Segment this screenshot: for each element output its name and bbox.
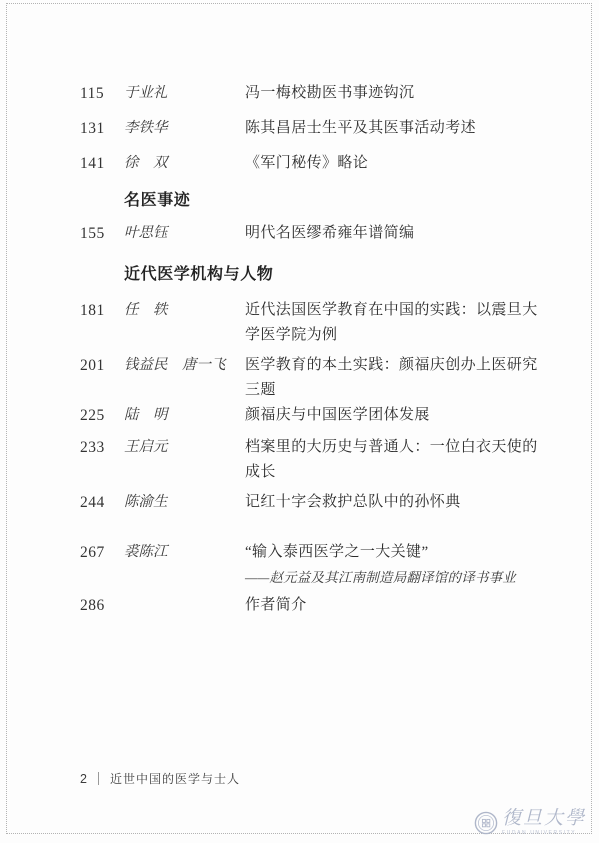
page-footer: 2 近世中国的医学与士人	[80, 770, 240, 787]
section-header: 近代医学机构与人物	[124, 265, 273, 284]
toc-entry: 115 于业礼 冯一梅校勘医书事迹钩沉	[80, 81, 542, 106]
toc-title-line: 《军门秘传》略论	[245, 151, 542, 176]
toc-title: 记红十字会救护总队中的孙怀典	[245, 490, 542, 515]
footer-page-number: 2	[80, 772, 87, 786]
toc-title-line: 近代法国医学教育在中国的实践：以震旦大	[245, 298, 542, 323]
toc-title: “输入泰西医学之一大关键” ——赵元益及其江南制造局翻译馆的译书事业	[245, 540, 542, 590]
toc-title-line: 档案里的大历史与普通人：一位白衣天使的	[245, 435, 542, 460]
toc-page-number: 155	[80, 221, 124, 246]
section-header: 名医事迹	[124, 191, 190, 210]
toc-title: 陈其昌居士生平及其医事活动考述	[245, 116, 542, 141]
toc-title-subtitle-line: ——赵元益及其江南制造局翻译馆的译书事业	[245, 565, 542, 590]
toc-page-number: 141	[80, 151, 124, 176]
toc-entry: 201 钱益民 唐一飞 医学教育的本土实践：颜福庆创办上医研究 三题	[80, 353, 542, 403]
fudan-seal-icon	[474, 811, 498, 840]
toc-page-number: 244	[80, 490, 124, 515]
fudan-watermark: 復旦大學 FUDAN UNIVERSITY	[474, 808, 596, 843]
toc-author: 裘陈江	[124, 540, 245, 565]
toc-title-line: 颜福庆与中国医学团体发展	[245, 403, 542, 428]
footer-book-title: 近世中国的医学与士人	[110, 770, 240, 787]
toc-title: 档案里的大历史与普通人：一位白衣天使的 成长	[245, 435, 542, 485]
footer-divider	[98, 772, 99, 785]
toc-author: 陈渝生	[124, 490, 245, 515]
toc-page-number: 131	[80, 116, 124, 141]
toc-title: 医学教育的本土实践：颜福庆创办上医研究 三题	[245, 353, 542, 403]
toc-title-line: 三题	[245, 378, 542, 403]
toc-page-number: 286	[80, 593, 124, 618]
toc-entry: 267 裘陈江 “输入泰西医学之一大关键” ——赵元益及其江南制造局翻译馆的译书…	[80, 540, 542, 590]
toc-author: 李铁华	[124, 116, 245, 141]
toc-title-line: 明代名医缪希雍年谱简编	[245, 221, 542, 246]
toc-title-line: 作者简介	[245, 593, 542, 618]
toc-entry: 225 陆 明 颜福庆与中国医学团体发展	[80, 403, 542, 428]
toc-title: 作者简介	[245, 593, 542, 618]
toc-title: 《军门秘传》略论	[245, 151, 542, 176]
toc-page-number: 201	[80, 353, 124, 378]
toc-author: 王启元	[124, 435, 245, 460]
toc-entry: 131 李铁华 陈其昌居士生平及其医事活动考述	[80, 116, 542, 141]
toc-author: 任 轶	[124, 298, 245, 323]
toc-entry: 244 陈渝生 记红十字会救护总队中的孙怀典	[80, 490, 542, 515]
toc-entry: 155 叶思钰 明代名医缪希雍年谱简编	[80, 221, 542, 246]
toc-title-line: 记红十字会救护总队中的孙怀典	[245, 490, 542, 515]
toc-title-line: “输入泰西医学之一大关键”	[245, 540, 542, 565]
toc-title-line: 冯一梅校勘医书事迹钩沉	[245, 81, 542, 106]
toc-entry: 233 王启元 档案里的大历史与普通人：一位白衣天使的 成长	[80, 435, 542, 485]
toc-page-number: 267	[80, 540, 124, 565]
toc-title-line: 医学教育的本土实践：颜福庆创办上医研究	[245, 353, 542, 378]
toc-title-line: 陈其昌居士生平及其医事活动考述	[245, 116, 542, 141]
toc-title: 颜福庆与中国医学团体发展	[245, 403, 542, 428]
toc-title: 冯一梅校勘医书事迹钩沉	[245, 81, 542, 106]
toc-author: 陆 明	[124, 403, 245, 428]
toc-entry: 286 作者简介	[80, 593, 542, 618]
toc-title: 近代法国医学教育在中国的实践：以震旦大 学医学院为例	[245, 298, 542, 348]
toc-entry: 141 徐 双 《军门秘传》略论	[80, 151, 542, 176]
toc-title: 明代名医缪希雍年谱简编	[245, 221, 542, 246]
toc-page-number: 115	[80, 81, 124, 106]
fudan-wordmark: 復旦大學 FUDAN UNIVERSITY	[502, 808, 596, 836]
toc-page-number: 181	[80, 298, 124, 323]
toc-author: 于业礼	[124, 81, 245, 106]
toc-entry: 181 任 轶 近代法国医学教育在中国的实践：以震旦大 学医学院为例	[80, 298, 542, 348]
toc-page-number: 225	[80, 403, 124, 428]
toc-title-line: 成长	[245, 460, 542, 485]
toc-page-number: 233	[80, 435, 124, 460]
fudan-name-en: FUDAN UNIVERSITY	[502, 830, 596, 836]
table-of-contents: 115 于业礼 冯一梅校勘医书事迹钩沉 131 李铁华 陈其昌居士生平及其医事活…	[0, 0, 599, 843]
toc-title-line: 学医学院为例	[245, 323, 542, 348]
toc-author: 徐 双	[124, 151, 245, 176]
toc-author: 钱益民 唐一飞	[124, 353, 245, 378]
toc-author: 叶思钰	[124, 221, 245, 246]
fudan-name-cn: 復旦大學	[502, 808, 596, 830]
